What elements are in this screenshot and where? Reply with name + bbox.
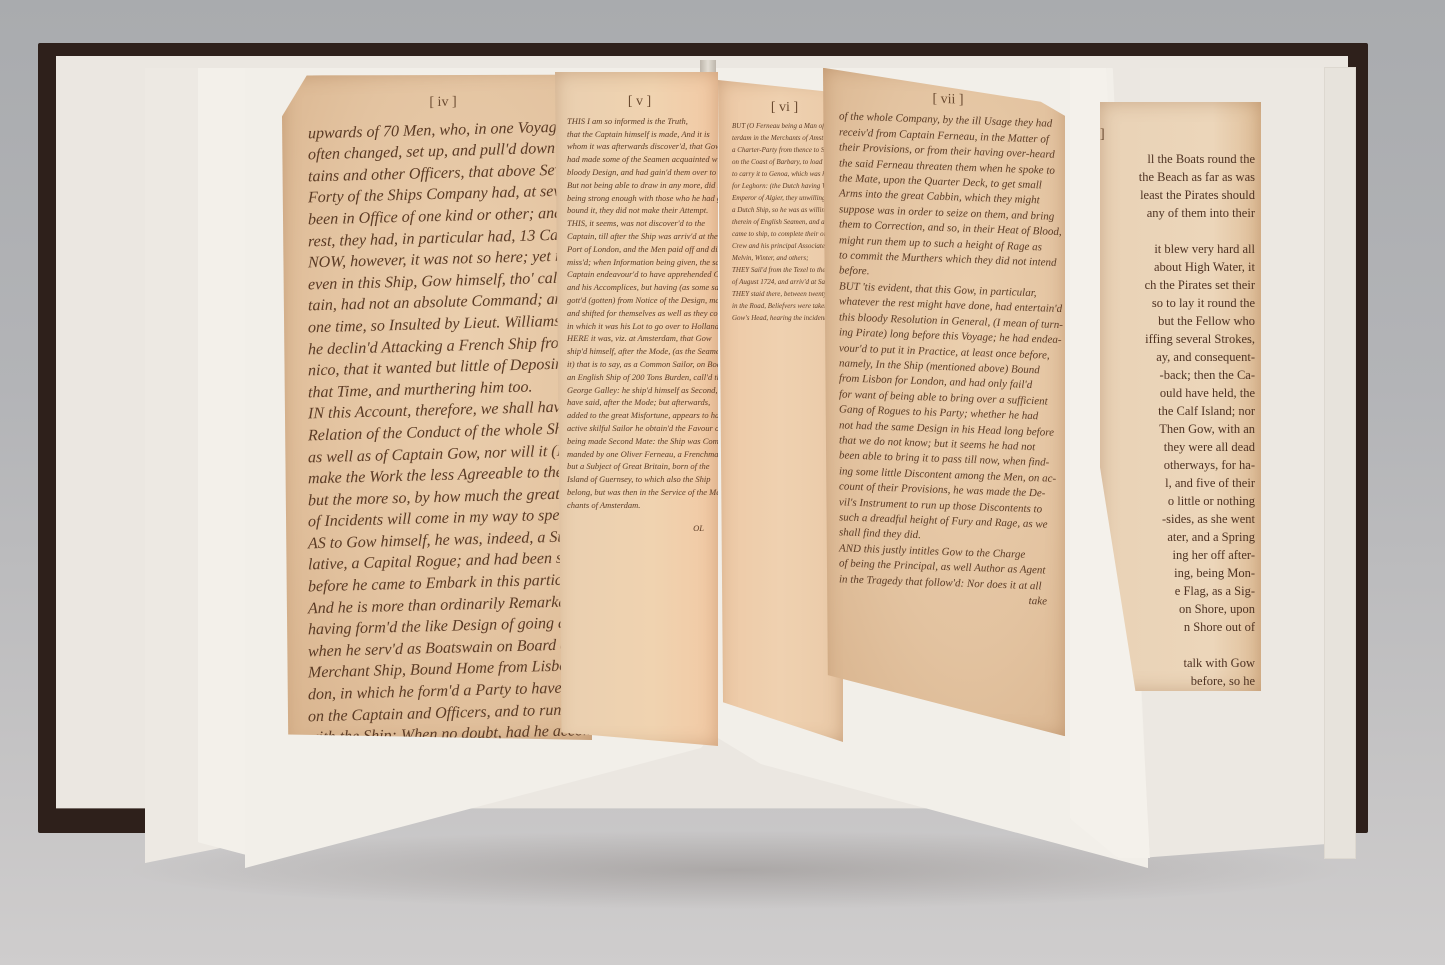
text-line: and his Accomplices, but having (as some… [567,281,712,294]
catchword: OL [567,522,712,535]
text-line: THIS, it seems, was not discover'd to th… [567,217,712,230]
text-line: But not being able to draw in any more, … [567,179,712,192]
text-line: ll the Boats round the [1100,150,1255,168]
antique-page-partial: ] ll the Boats round the the Beach as fa… [1100,102,1261,691]
text-line: it blew very hard all [1100,240,1255,258]
folio-partial: ] [1100,126,1255,144]
text-line: that the Captain himself is made, And it… [567,128,712,141]
text-line: -back; then the Ca- [1100,366,1255,384]
antique-page-vii: [ vii ] of the whole Company, by the ill… [823,68,1065,736]
book-photo-scene: [ iv ] upwards of 70 Men, who, in one Vo… [0,0,1445,965]
folio-v: [ v ] [567,96,712,109]
text-line: in the Road, Beliefvers were taken with … [732,300,837,312]
folio-vi: [ vi ] [732,102,837,114]
text-line: ay, and consequent- [1100,348,1255,366]
text-line: chants of Amsterdam. [567,499,712,512]
text-line: to carry it to Genoa, which was his Adve… [732,168,837,180]
text-line: -sides, as she went [1100,510,1255,528]
text-line: on the Coast of Barbary, to load Bees-Wa… [732,156,837,168]
text-line: Gow's Head, hearing the incident. [732,312,837,324]
mount-leaf-right-edge [1325,68,1355,858]
text-line: any of them into their [1100,204,1255,222]
text-line: had made some of the Seamen acquainted w… [567,153,712,166]
text-line: THEY staid there, between twenty to figu… [732,288,837,300]
text-line: ould have held, the [1100,384,1255,402]
text-line: in which it was his Lot to go over to Ho… [567,320,712,333]
text-line: but a Subject of Great Britain, born of … [567,460,712,473]
text-line: have said, after the Mode; but afterward… [567,396,712,409]
text-line: belong, but was then in the Service of t… [567,486,712,499]
text-line: Crew and his principal Associates, Lieut… [732,240,837,252]
text-line: terdam in the Merchants of Amsterdam, go… [732,132,837,144]
antique-page-iv: [ iv ] upwards of 70 Men, who, in one Vo… [282,68,592,748]
page-number: 25 [732,384,837,396]
text-line: Emperor of Algier, they unwilling to emp… [732,192,837,204]
text-line: l, and five of their [1100,474,1255,492]
text-line: Captain, till after the Ship was arriv'd… [567,230,712,243]
text-line: THIS I am so informed is the Truth, [567,115,712,128]
text-line: ater, and a Spring [1100,528,1255,546]
text-line: active skilful Sailor he obtain'd the Fa… [567,422,712,435]
text-line: it) that is to say, as a Common Sailor, … [567,358,712,371]
text-line: a Charter-Party from thence to Santa Cru… [732,144,837,156]
text-line: an English Ship of 200 Tons Burden, call… [567,371,712,384]
text-line: THEY Sail'd from the Texel to the Month [732,264,837,276]
text-line: they were all dead [1100,438,1255,456]
text-line: George Galley: he ship'd himself as Seco… [567,384,712,397]
text-line: o little or nothing [1100,492,1255,510]
text-line: about High Water, it [1100,258,1255,276]
antique-page-v: [ v ] THIS I am so informed is the Truth… [555,72,718,746]
text-line: whom it was afterwards discover'd, that … [567,140,712,153]
text-line: being made Second Mate: the Ship was Com… [567,435,712,448]
text-line: Then Gow, with an [1100,420,1255,438]
text-line: ing, being Mon- [1100,564,1255,582]
text-line: HERE it was, viz. at Amsterdam, that Gow [567,332,712,345]
text-line: came to ship, to complete their on Board… [732,228,837,240]
text-line: bloody Design, and had gain'd them over … [567,166,712,179]
text-line: miss'd; when Information being given, th… [567,256,712,269]
text-line: Island of Guernsey, to which also the Sh… [567,473,712,486]
text-line: bound it, they did not make their Attemp… [567,204,712,217]
text-line: otherways, for ha- [1100,456,1255,474]
text-line: Melvin, Winter, and others; [732,252,837,264]
text-line: the Calf Island; nor [1100,402,1255,420]
text-line: and shifted for themselves as well as th… [567,307,712,320]
text-line: least the Pirates should [1100,186,1255,204]
text-line: ing her off after- [1100,546,1255,564]
text-line: ch the Pirates set their [1100,276,1255,294]
text-line: Port of London, and the Men paid off and… [567,243,712,256]
text-line: e Flag, as a Sig- [1100,582,1255,600]
text-line: but the Fellow who [1100,312,1255,330]
text-line: the Beach as far as was [1100,168,1255,186]
text-line: added to the great Misfortune, appears t… [567,409,712,422]
text-line: a Dutch Ship, so he was as willing to be [732,204,837,216]
text-line: so to lay it round the [1100,294,1255,312]
folio-iv: [ iv ] [308,88,578,117]
text-line [1100,222,1255,240]
text-line: being strong enough with those who he ha… [567,192,712,205]
text-line: iffing several Strokes, [1100,330,1255,348]
text-line: of August 1724, and arriv'd at Santa Cru… [732,276,837,288]
text-line: therein of English Seamen, and according… [732,216,837,228]
text-line: Captain endeavour'd to have apprehended … [567,268,712,281]
text-line: BUT (O Ferneau being a Man of Rot- [732,120,837,132]
text-line: ship'd himself, after the Mode, (as the … [567,345,712,358]
text-line: gott'd (gotten) from Notice of the Desig… [567,294,712,307]
text-line: manded by one Oliver Ferneau, a Frenchma… [567,448,712,461]
text-line: for Leghorn: (the Dutch having War with … [732,180,837,192]
